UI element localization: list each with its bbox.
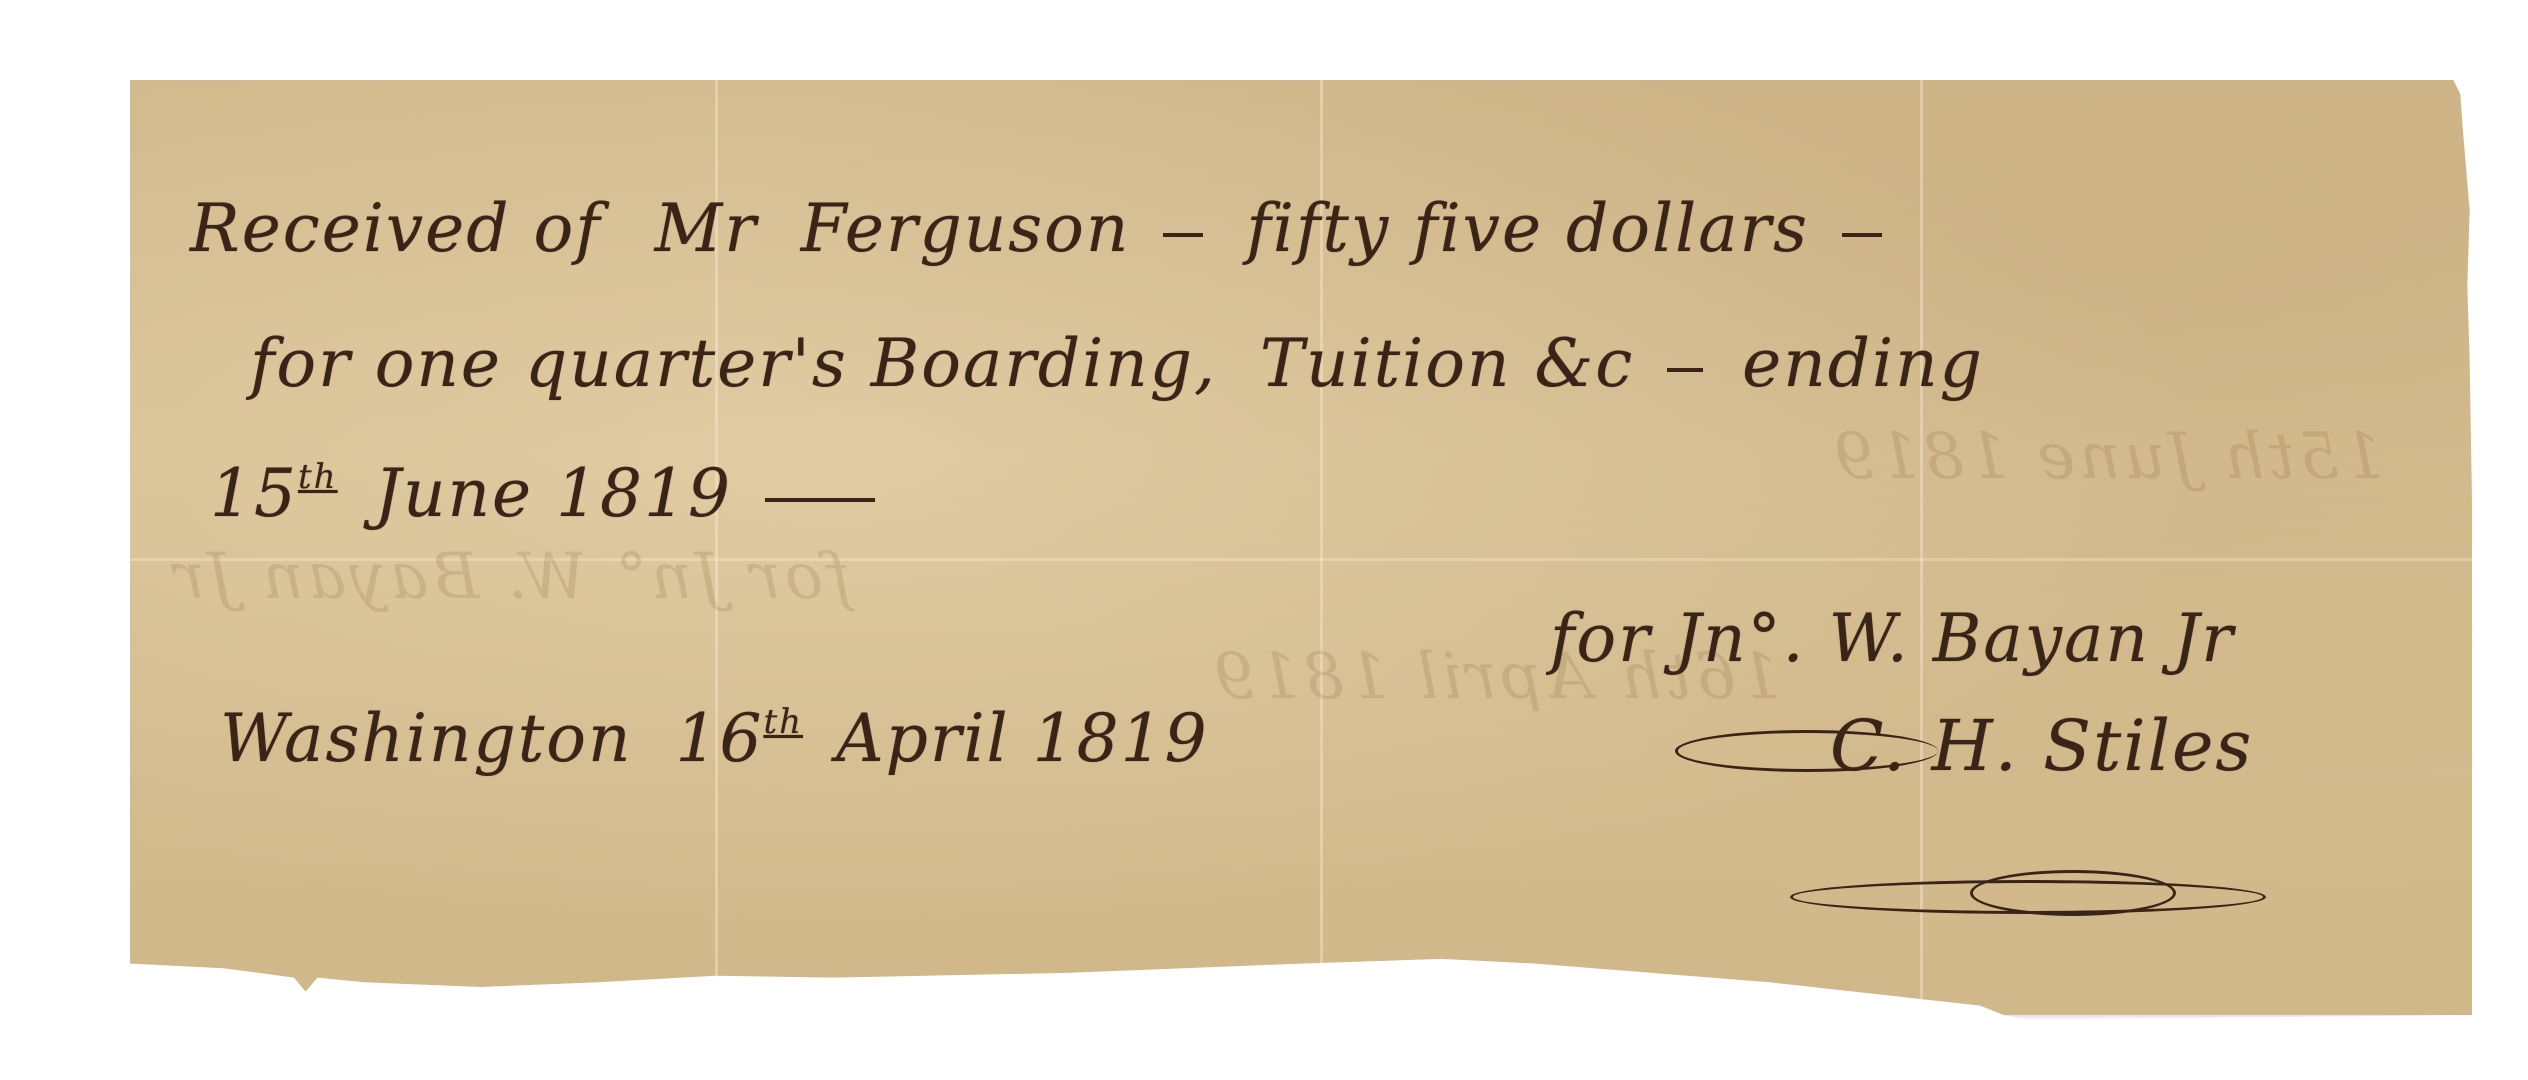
- bleed-through-text: for Jn° W. Bayan Jr: [170, 540, 851, 614]
- end-month-year: June 1819: [375, 455, 732, 532]
- signature-paraph: [1970, 870, 2176, 916]
- bleed-through-text: 15th June 1819: [1830, 420, 2384, 494]
- end-day-suffix: th: [298, 457, 338, 497]
- receipt-paper: 15th June 1819 for Jn° W. Bayan Jr 16th …: [130, 80, 2472, 1015]
- receipt-line-1: Received of Mr Ferguson fifty five dolla…: [190, 190, 1882, 267]
- fold-line-vertical: [1920, 80, 1923, 1015]
- dash: [1667, 368, 1703, 372]
- payer-title: Mr: [655, 190, 758, 267]
- date-day-suffix: th: [763, 702, 803, 742]
- signature-flourish: [1675, 730, 1938, 772]
- end-day: 15: [210, 455, 298, 532]
- dash: [1842, 233, 1882, 237]
- dash: [1163, 233, 1203, 237]
- ending-text: ending: [1742, 325, 1984, 402]
- dash: [765, 498, 875, 502]
- purpose-text: for one quarter's Boarding,: [250, 325, 1217, 402]
- receipt-line-3: 15th June 1819: [210, 455, 875, 532]
- date-month-year: April 1819: [836, 700, 1209, 777]
- receipt-line-2: for one quarter's Boarding, Tuition &c e…: [250, 325, 1984, 402]
- place-date-line: Washington 16th April 1819: [220, 700, 1209, 777]
- place-text: Washington: [220, 700, 632, 777]
- tuition-text: Tuition &c: [1260, 325, 1634, 402]
- signature-on-behalf: for Jn°. W. Bayan Jr: [1550, 600, 2235, 677]
- received-of-text: Received of: [190, 190, 602, 267]
- amount-text: fifty five dollars: [1246, 190, 1809, 267]
- payer-name: Ferguson: [801, 190, 1131, 267]
- date-day: 16: [675, 700, 763, 777]
